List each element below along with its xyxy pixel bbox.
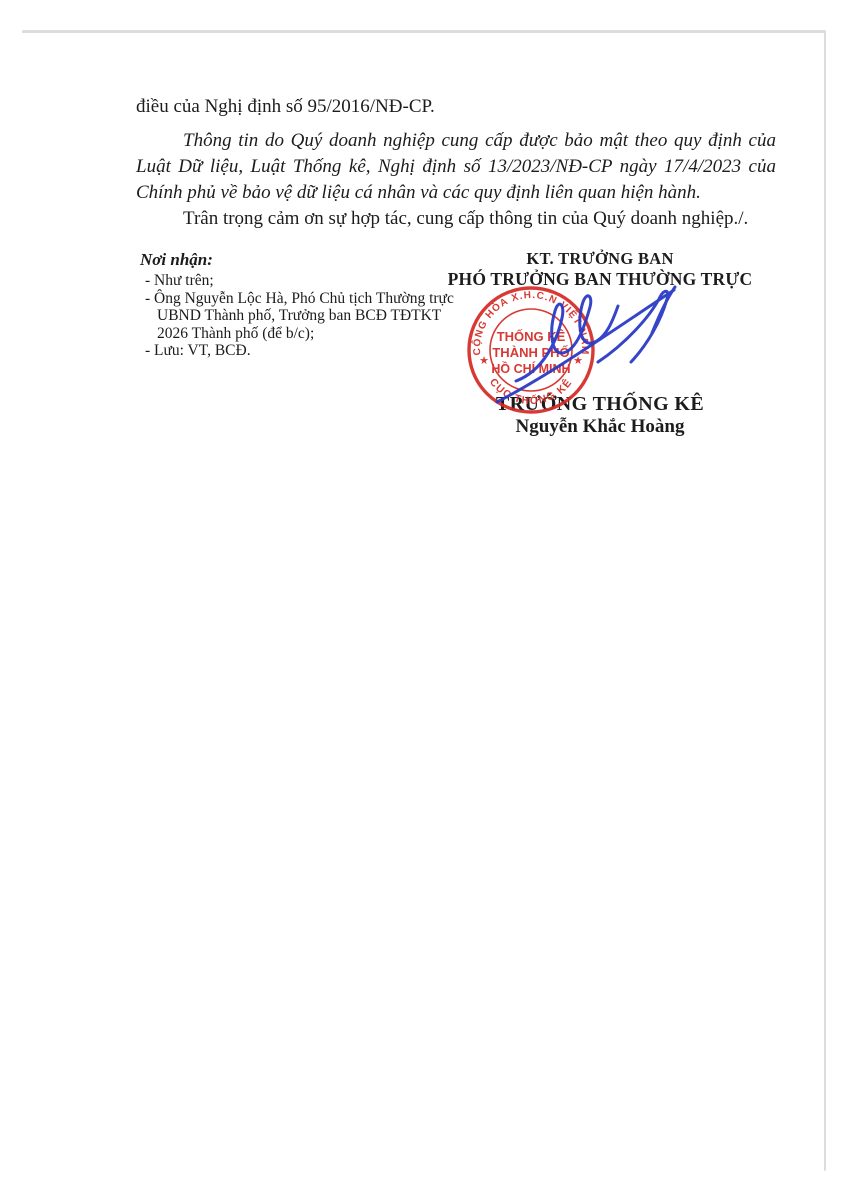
signature-stroke: [516, 296, 618, 381]
stamp-star-left-icon: ★: [479, 355, 489, 367]
stamp-center-line-3: HỒ CHÍ MINH: [491, 361, 570, 376]
recipient-line: - Ông Nguyễn Lộc Hà, Phó Chủ tịch Thường…: [145, 290, 470, 308]
stamp-star-right-icon: ★: [573, 355, 583, 367]
signature-stroke: [598, 291, 668, 362]
confidentiality-paragraph: Thông tin do Quý doanh nghiệp cung cấp đ…: [136, 128, 776, 206]
recipient-line: 2026 Thành phố (để b/c);: [157, 325, 470, 343]
body-continuation-line: điều của Nghị định số 95/2016/NĐ-CP.: [136, 94, 776, 120]
signer-title-line: PHÓ TRƯỞNG BAN THƯỜNG TRỰC: [420, 269, 780, 289]
recipient-line: - Lưu: VT, BCĐ.: [145, 342, 470, 360]
signer-position: TRƯỞNG THỐNG KÊ: [420, 393, 780, 415]
signer-name-block: TRƯỞNG THỐNG KÊ Nguyễn Khắc Hoàng: [420, 393, 780, 438]
stamp-center-line-1: THỐNG KÊ: [497, 329, 566, 344]
closing-line: Trân trọng cảm ơn sự hợp tác, cung cấp t…: [136, 206, 776, 232]
stamp-top-arc-text: CỘNG HÒA X.H.C.N VIỆT NAM: [470, 290, 590, 356]
authority-line: KT. TRƯỞNG BAN: [420, 249, 780, 269]
stamp-center-line-2: THÀNH PHỐ: [492, 345, 569, 360]
signature-scribble: [497, 287, 675, 402]
stamp-inner-ring: [490, 309, 572, 391]
signature-stroke: [652, 287, 675, 333]
signature-stroke: [497, 290, 674, 402]
recipient-line: UBND Thành phố, Trưởng ban BCĐ TĐTKT: [157, 307, 470, 325]
signer-name: Nguyễn Khắc Hoàng: [420, 416, 780, 438]
scanned-document-page: điều của Nghị định số 95/2016/NĐ-CP. Thô…: [0, 0, 848, 1200]
letter-body: điều của Nghị định số 95/2016/NĐ-CP. Thô…: [136, 94, 776, 232]
signature-header-block: KT. TRƯỞNG BAN PHÓ TRƯỞNG BAN THƯỜNG TRỰ…: [420, 249, 780, 289]
